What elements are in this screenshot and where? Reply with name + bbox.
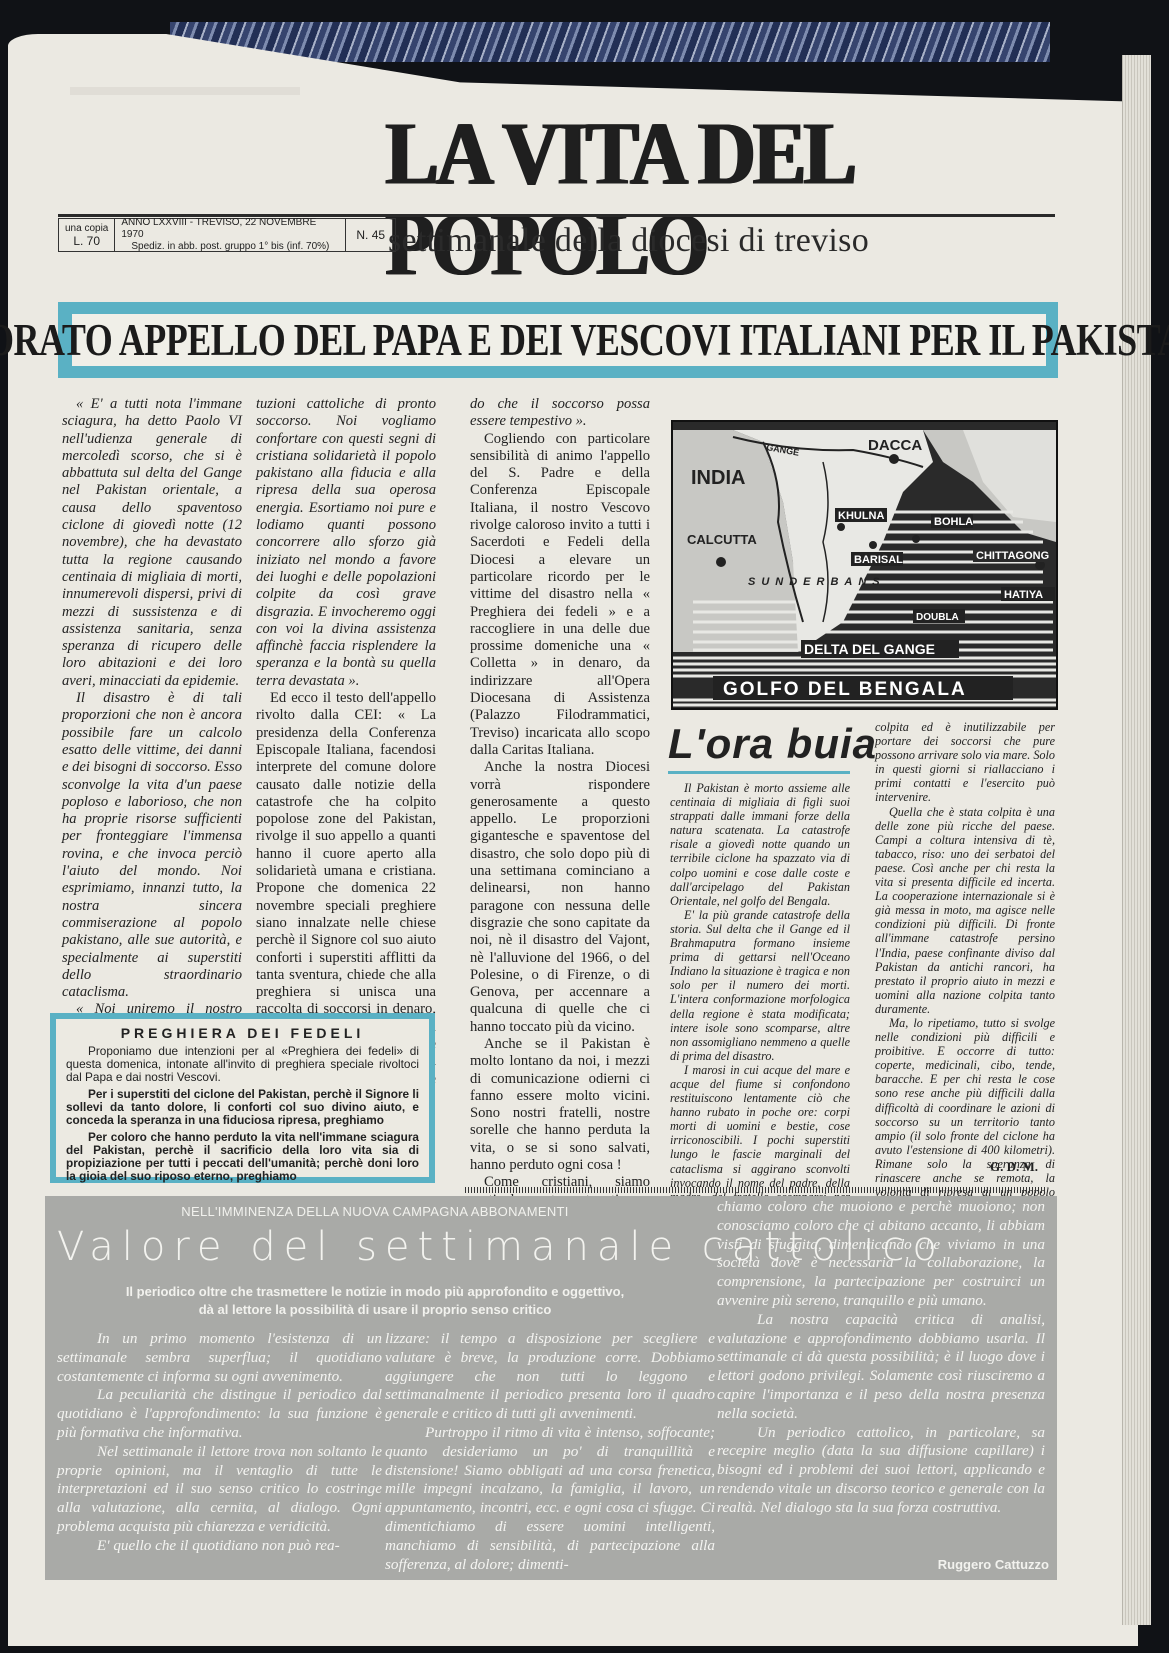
issue-line-1: ANNO LXXVIII - TREVISO, 22 NOVEMBRE 1970 — [121, 217, 339, 241]
preghiera-dei-fedeli-box: PREGHIERA DEI FEDELI Proponiamo due inte… — [50, 1013, 435, 1183]
feature-column-3: chiamo coloro che muoiono e perchè muoio… — [717, 1198, 1045, 1518]
feature-paragraph: Un periodico cattolico, in particolare, … — [717, 1424, 1045, 1518]
price-cell: una copia L. 70 — [59, 219, 115, 251]
masthead-title: LA VITA DEL POPOLO — [385, 108, 1013, 289]
feature-settimanale-cattolico: NELL'IMMINENZA DELLA NUOVA CAMPAGNA ABBO… — [45, 1196, 1057, 1580]
headline-banner: ACCORATO APPELLO DEL PAPA E DEI VESCOVI … — [58, 302, 1058, 378]
map-label-india: INDIA — [691, 467, 745, 489]
feature-paragraph: Purtroppo il ritmo di vita è intenso, so… — [385, 1424, 715, 1574]
issue-date-cell: ANNO LXXVIII - TREVISO, 22 NOVEMBRE 1970… — [115, 219, 346, 251]
svg-text:SUNDERBANS: SUNDERBANS — [748, 576, 886, 588]
article-paragraph: Il disastro è di tali proporzioni che no… — [62, 690, 242, 1001]
article-paragraph: do che il soccorso possa essere tempesti… — [470, 396, 650, 431]
feature-paragraph: La nostra capacità critica di analisi, v… — [717, 1311, 1045, 1424]
article-paragraph: Quella che è stata colpita è una delle z… — [875, 805, 1055, 1016]
page-stack-edge — [1122, 55, 1151, 1625]
feature-paragraph: In un primo momento l'esistenza di un se… — [57, 1330, 382, 1386]
feature-paragraph: E' quello che il quotidiano non può rea- — [57, 1537, 382, 1556]
feature-column-2: lizzare: il tempo a disposizione per sce… — [385, 1330, 715, 1574]
preghiera-intention-1: Per i superstiti del ciclone del Pakista… — [66, 1088, 419, 1127]
map-illustration: INDIA CALCUTTA GANGE DACCA KHULNA BOHLA … — [673, 422, 1056, 708]
svg-text:GOLFO DEL BENGALA: GOLFO DEL BENGALA — [723, 679, 967, 700]
article-paragraph: tuzioni cattoliche di pronto soccorso. N… — [256, 396, 436, 690]
masthead-tagline: settimanale della diocesi di treviso — [388, 222, 869, 260]
dotted-separator — [465, 1187, 1045, 1193]
article-paragraph: Anche se il Pakistan è molto lontano da … — [470, 1036, 650, 1174]
issue-line-2: Spediz. in abb. post. gruppo 1° bis (inf… — [131, 241, 329, 253]
svg-text:HATIYA: HATIYA — [1004, 589, 1043, 601]
article-paragraph: Cogliendo con particolare sensibilità di… — [470, 431, 650, 760]
article-paragraph: « E' a tutti nota l'immane sciagura, ha … — [62, 396, 242, 690]
show-through-text — [70, 87, 300, 95]
lora-buia-column-2: colpita ed è inutilizzabile per portare … — [875, 720, 1055, 1227]
lora-buia-title: L'ora buia — [668, 720, 877, 768]
binder-cover — [170, 22, 1050, 62]
preghiera-intention-2: Per coloro che hanno perduto la vita nel… — [66, 1131, 419, 1183]
preghiera-intro: Proponiamo due intenzioni per al «Preghi… — [66, 1045, 419, 1084]
feature-paragraph: Nel settimanale il lettore trova non sol… — [57, 1443, 382, 1537]
article-paragraph: colpita ed è inutilizzabile per portare … — [875, 720, 1055, 805]
price-value: L. 70 — [73, 235, 100, 247]
svg-text:DACCA: DACCA — [868, 437, 922, 454]
feature-kicker: NELL'IMMINENZA DELLA NUOVA CAMPAGNA ABBO… — [45, 1204, 705, 1219]
feature-paragraph: lizzare: il tempo a disposizione per sce… — [385, 1330, 715, 1424]
preghiera-content: PREGHIERA DEI FEDELI Proponiamo due inte… — [56, 1019, 429, 1177]
svg-text:DELTA DEL GANGE: DELTA DEL GANGE — [804, 641, 935, 657]
feature-paragraph: La peculiarità che distingue il periodic… — [57, 1386, 382, 1442]
svg-text:KHULNA: KHULNA — [838, 510, 884, 522]
feature-subtitle-line-1: Il periodico oltre che trasmettere le no… — [45, 1283, 705, 1301]
main-headline: ACCORATO APPELLO DEL PAPA E DEI VESCOVI … — [0, 314, 1169, 367]
svg-text:CHITTAGONG: CHITTAGONG — [976, 550, 1049, 562]
lora-buia-rule — [668, 771, 850, 774]
issue-number: N. 45 — [356, 229, 385, 241]
svg-text:DOUBLA: DOUBLA — [916, 612, 959, 623]
feature-paragraph: chiamo coloro che muoiono e perchè muoio… — [717, 1198, 1045, 1311]
svg-text:CALCUTTA: CALCUTTA — [687, 532, 757, 547]
article-paragraph: Il Pakistan è morto assieme alle centina… — [670, 781, 850, 908]
svg-text:BARISAL: BARISAL — [854, 554, 903, 566]
author-signature: G. D. M. — [990, 1159, 1038, 1175]
feature-subtitle: Il periodico oltre che trasmettere le no… — [45, 1283, 705, 1319]
article-paragraph: E' la più grande catastrofe della storia… — [670, 908, 850, 1063]
article-column-3: do che il soccorso possa essere tempesti… — [470, 396, 650, 1278]
feature-subtitle-line-2: dà al lettore la possibilità di usare il… — [45, 1301, 705, 1319]
lora-buia-column-1: Il Pakistan è morto assieme alle centina… — [670, 781, 850, 1246]
svg-text:BOHLA: BOHLA — [934, 516, 973, 528]
preghiera-title: PREGHIERA DEI FEDELI — [66, 1025, 419, 1041]
issue-info-box: una copia L. 70 ANNO LXXVIII - TREVISO, … — [58, 218, 396, 252]
feature-byline: Ruggero Cattuzzo — [938, 1557, 1049, 1572]
article-column-2: tuzioni cattoliche di pronto soccorso. N… — [256, 396, 436, 1105]
ganges-delta-map: INDIA CALCUTTA GANGE DACCA KHULNA BOHLA … — [671, 420, 1058, 710]
headline-frame: ACCORATO APPELLO DEL PAPA E DEI VESCOVI … — [72, 314, 1046, 366]
feature-column-1: In un primo momento l'esistenza di un se… — [57, 1330, 382, 1556]
article-paragraph: Anche la nostra Diocesi vorrà rispondere… — [470, 759, 650, 1036]
